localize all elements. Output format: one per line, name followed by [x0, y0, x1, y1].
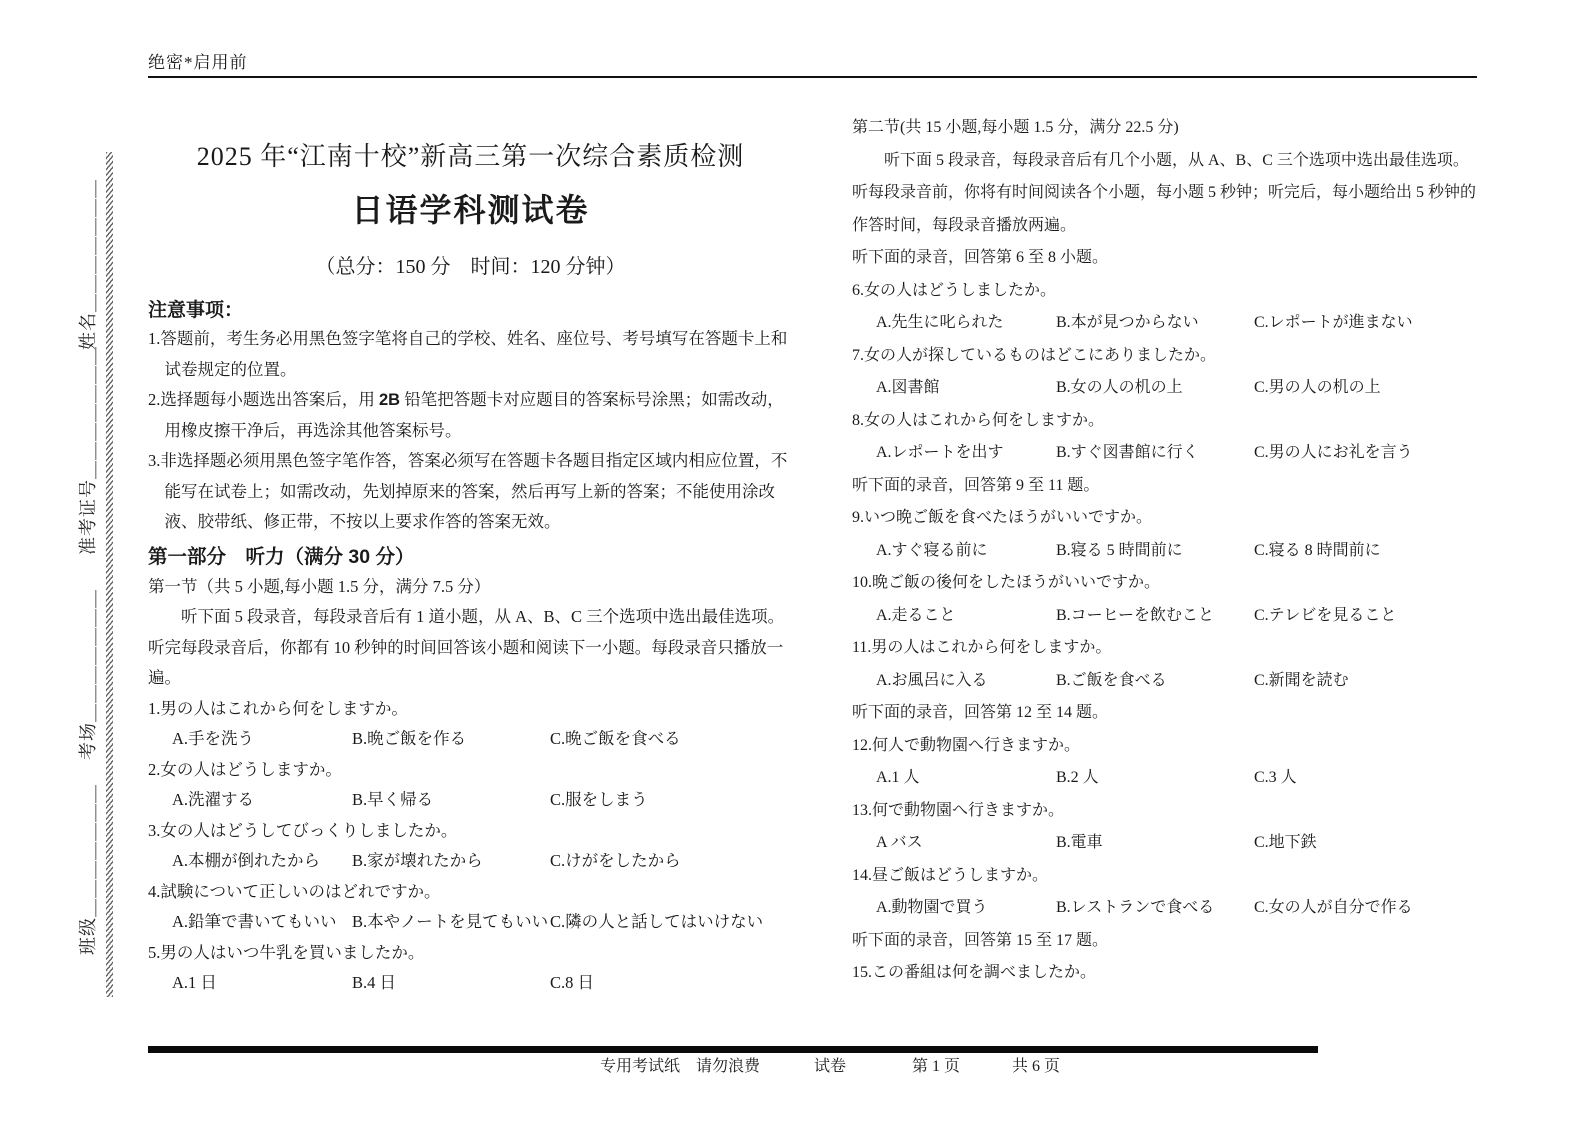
- question-3: 3.女の人はどうしてびっくりしましたか。: [148, 816, 793, 847]
- question-6: 6.女の人はどうしましたか。: [852, 275, 1484, 308]
- option-a: A.1 人: [876, 762, 1056, 795]
- option-a: A.レポートを出す: [876, 437, 1056, 470]
- option-a: A.先生に叱られた: [876, 307, 1056, 340]
- option-a: A.図書館: [876, 372, 1056, 405]
- score-time-line: （总分：150 分 时间：120 分钟）: [148, 254, 793, 280]
- exam-id-field: 准考证号＿＿＿＿＿＿＿: [74, 345, 100, 555]
- section1-intro: 听下面 5 段录音，每段录音后有 1 道小题，从 A、B、C 三个选项中选出最佳…: [148, 602, 793, 694]
- option-b: B.女の人の机の上: [1056, 372, 1254, 405]
- options-3: A.本棚が倒れたからB.家が壊れたからC.けがをしたから: [148, 846, 793, 877]
- question-2: 2.女の人はどうしますか。: [148, 755, 793, 786]
- options-5: A.1 日B.4 日C.8 日: [148, 968, 793, 999]
- notice-item-2: 2.选择题每小题选出答案后，用 2B 铅笔把答题卡对应题目的答案标号涂黑；如需改…: [148, 385, 793, 446]
- listening-cue: 听下面的录音，回答第 9 至 11 题。: [852, 470, 1484, 503]
- option-a: A.手を洗う: [172, 724, 352, 755]
- option-b: B.早く帰る: [352, 785, 550, 816]
- question-13: 13.何で動物園へ行きますか。: [852, 795, 1484, 828]
- options-1: A.手を洗うB.晩ご飯を作るC.晩ご飯を食べる: [148, 724, 793, 755]
- option-b: B.コーヒーを飲むこと: [1056, 600, 1254, 633]
- option-b: B.電車: [1056, 827, 1254, 860]
- option-b: B.晩ご飯を作る: [352, 724, 550, 755]
- option-b: B.家が壊れたから: [352, 846, 550, 877]
- question-14: 14.昼ご飯はどうしますか。: [852, 860, 1484, 893]
- listening-cue: 听下面的录音，回答第 12 至 14 题。: [852, 697, 1484, 730]
- section2-intro: 听下面 5 段录音，每段录音后有几个小题，从 A、B、C 三个选项中选出最佳选项…: [852, 145, 1484, 243]
- question-15: 15.この番組は何を調べましたか。: [852, 957, 1484, 990]
- option-a: A.動物園で買う: [876, 892, 1056, 925]
- section2-questions: 听下面的录音，回答第 6 至 8 小题。6.女の人はどうしましたか。A.先生に叱…: [852, 242, 1484, 990]
- option-c: C.服をしまう: [550, 785, 793, 816]
- options-13: A バスB.電車C.地下鉄: [852, 827, 1484, 860]
- options-8: A.レポートを出すB.すぐ図書館に行くC.男の人にお礼を言う: [852, 437, 1484, 470]
- footer-page-total: 共 6 页: [1012, 1056, 1060, 1078]
- option-c: C.隣の人と話してはいけない: [550, 907, 793, 938]
- section1-questions: 1.男の人はこれから何をしますか。A.手を洗うB.晩ご飯を作るC.晩ご飯を食べる…: [148, 694, 793, 999]
- options-14: A.動物園で買うB.レストランで食べるC.女の人が自分で作る: [852, 892, 1484, 925]
- exam-title: 2025 年“江南十校”新高三第一次综合素质检测: [148, 140, 793, 174]
- left-column: 2025 年“江南十校”新高三第一次综合素质检测 日语学科测试卷 （总分：150…: [148, 0, 793, 999]
- question-9: 9.いつ晩ご飯を食べたほうがいいですか。: [852, 502, 1484, 535]
- option-c: C.3 人: [1254, 762, 1484, 795]
- footer-note: 专用考试纸 请勿浪费: [600, 1056, 760, 1078]
- question-10: 10.晩ご飯の後何をしたほうがいいですか。: [852, 567, 1484, 600]
- option-a: A バス: [876, 827, 1056, 860]
- option-c: C.新聞を読む: [1254, 665, 1484, 698]
- exam-paper-page: 绝密*启用前 姓名＿＿＿＿＿＿＿准考证号＿＿＿＿＿＿＿考场＿＿＿＿＿＿＿班级＿＿…: [0, 0, 1587, 1122]
- option-a: A.すぐ寝る前に: [876, 535, 1056, 568]
- footer-doc-type: 试卷: [814, 1056, 846, 1078]
- options-7: A.図書館B.女の人の机の上C.男の人の机の上: [852, 372, 1484, 405]
- option-a: A.走ること: [876, 600, 1056, 633]
- option-b: B.寝る 5 時間前に: [1056, 535, 1254, 568]
- option-a: A.鉛筆で書いてもいい: [172, 907, 352, 938]
- option-b: B.2 人: [1056, 762, 1254, 795]
- question-4: 4.試験について正しいのはどれですか。: [148, 877, 793, 908]
- question-7: 7.女の人が探しているものはどこにありましたか。: [852, 340, 1484, 373]
- option-b: B.本が見つからない: [1056, 307, 1254, 340]
- options-6: A.先生に叱られたB.本が見つからないC.レポートが進まない: [852, 307, 1484, 340]
- option-c: C.地下鉄: [1254, 827, 1484, 860]
- question-11: 11.男の人はこれから何をしますか。: [852, 632, 1484, 665]
- notice-item-2-pre: 2.选择题每小题选出答案后，用: [148, 390, 379, 409]
- footer-page-number: 第 1 页: [912, 1056, 960, 1078]
- option-c: C.8 日: [550, 968, 793, 999]
- option-b: B.4 日: [352, 968, 550, 999]
- option-c: C.男の人にお礼を言う: [1254, 437, 1484, 470]
- option-c: C.男の人の机の上: [1254, 372, 1484, 405]
- pencil-grade-label: 2B: [379, 391, 400, 409]
- options-2: A.洗濯するB.早く帰るC.服をしまう: [148, 785, 793, 816]
- class-field: 班级＿＿＿＿＿＿＿: [74, 745, 100, 955]
- question-12: 12.何人で動物園へ行きますか。: [852, 730, 1484, 763]
- seal-dashed-line: [106, 152, 113, 997]
- notice-item-3: 3.非选择题必须用黑色签字笔作答，答案必须写在答题卡各题目指定区域内相应位置，不…: [148, 446, 793, 538]
- option-a: A.洗濯する: [172, 785, 352, 816]
- exam-room-field: 考场＿＿＿＿＿＿＿: [74, 550, 100, 760]
- option-c: C.寝る 8 時間前に: [1254, 535, 1484, 568]
- options-4: A.鉛筆で書いてもいいB.本やノートを見てもいいC.隣の人と話してはいけない: [148, 907, 793, 938]
- option-c: C.レポートが進まない: [1254, 307, 1484, 340]
- option-a: A.1 日: [172, 968, 352, 999]
- options-10: A.走ることB.コーヒーを飲むことC.テレビを見ること: [852, 600, 1484, 633]
- option-a: A.本棚が倒れたから: [172, 846, 352, 877]
- notice-item-1: 1.答题前，考生务必用黑色签字笔将自己的学校、姓名、座位号、考号填写在答题卡上和…: [148, 324, 793, 385]
- listening-cue: 听下面的录音，回答第 15 至 17 题。: [852, 925, 1484, 958]
- option-c: C.女の人が自分で作る: [1254, 892, 1484, 925]
- option-c: C.けがをしたから: [550, 846, 793, 877]
- section1-title: 第一节（共 5 小题,每小题 1.5 分，满分 7.5 分）: [148, 572, 793, 603]
- notice-heading: 注意事项：: [148, 298, 793, 324]
- options-12: A.1 人B.2 人C.3 人: [852, 762, 1484, 795]
- listening-cue: 听下面的录音，回答第 6 至 8 小题。: [852, 242, 1484, 275]
- option-b: B.本やノートを見てもいい: [352, 907, 550, 938]
- part1-heading: 第一部分 听力（满分 30 分）: [148, 542, 793, 572]
- question-1: 1.男の人はこれから何をしますか。: [148, 694, 793, 725]
- option-c: C.晩ご飯を食べる: [550, 724, 793, 755]
- option-b: B.ご飯を食べる: [1056, 665, 1254, 698]
- option-b: B.レストランで食べる: [1056, 892, 1254, 925]
- footer-rule: [148, 1046, 1318, 1053]
- options-9: A.すぐ寝る前にB.寝る 5 時間前にC.寝る 8 時間前に: [852, 535, 1484, 568]
- option-a: A.お風呂に入る: [876, 665, 1056, 698]
- name-field: 姓名＿＿＿＿＿＿＿: [74, 140, 100, 350]
- options-11: A.お風呂に入るB.ご飯を食べるC.新聞を読む: [852, 665, 1484, 698]
- section2-title: 第二节(共 15 小题,每小题 1.5 分，满分 22.5 分): [852, 112, 1484, 145]
- question-8: 8.女の人はこれから何をしますか。: [852, 405, 1484, 438]
- question-5: 5.男の人はいつ牛乳を買いましたか。: [148, 938, 793, 969]
- right-column: 第二节(共 15 小题,每小题 1.5 分，满分 22.5 分) 听下面 5 段…: [852, 0, 1484, 990]
- option-b: B.すぐ図書館に行く: [1056, 437, 1254, 470]
- subject-title: 日语学科测试卷: [148, 190, 793, 230]
- option-c: C.テレビを見ること: [1254, 600, 1484, 633]
